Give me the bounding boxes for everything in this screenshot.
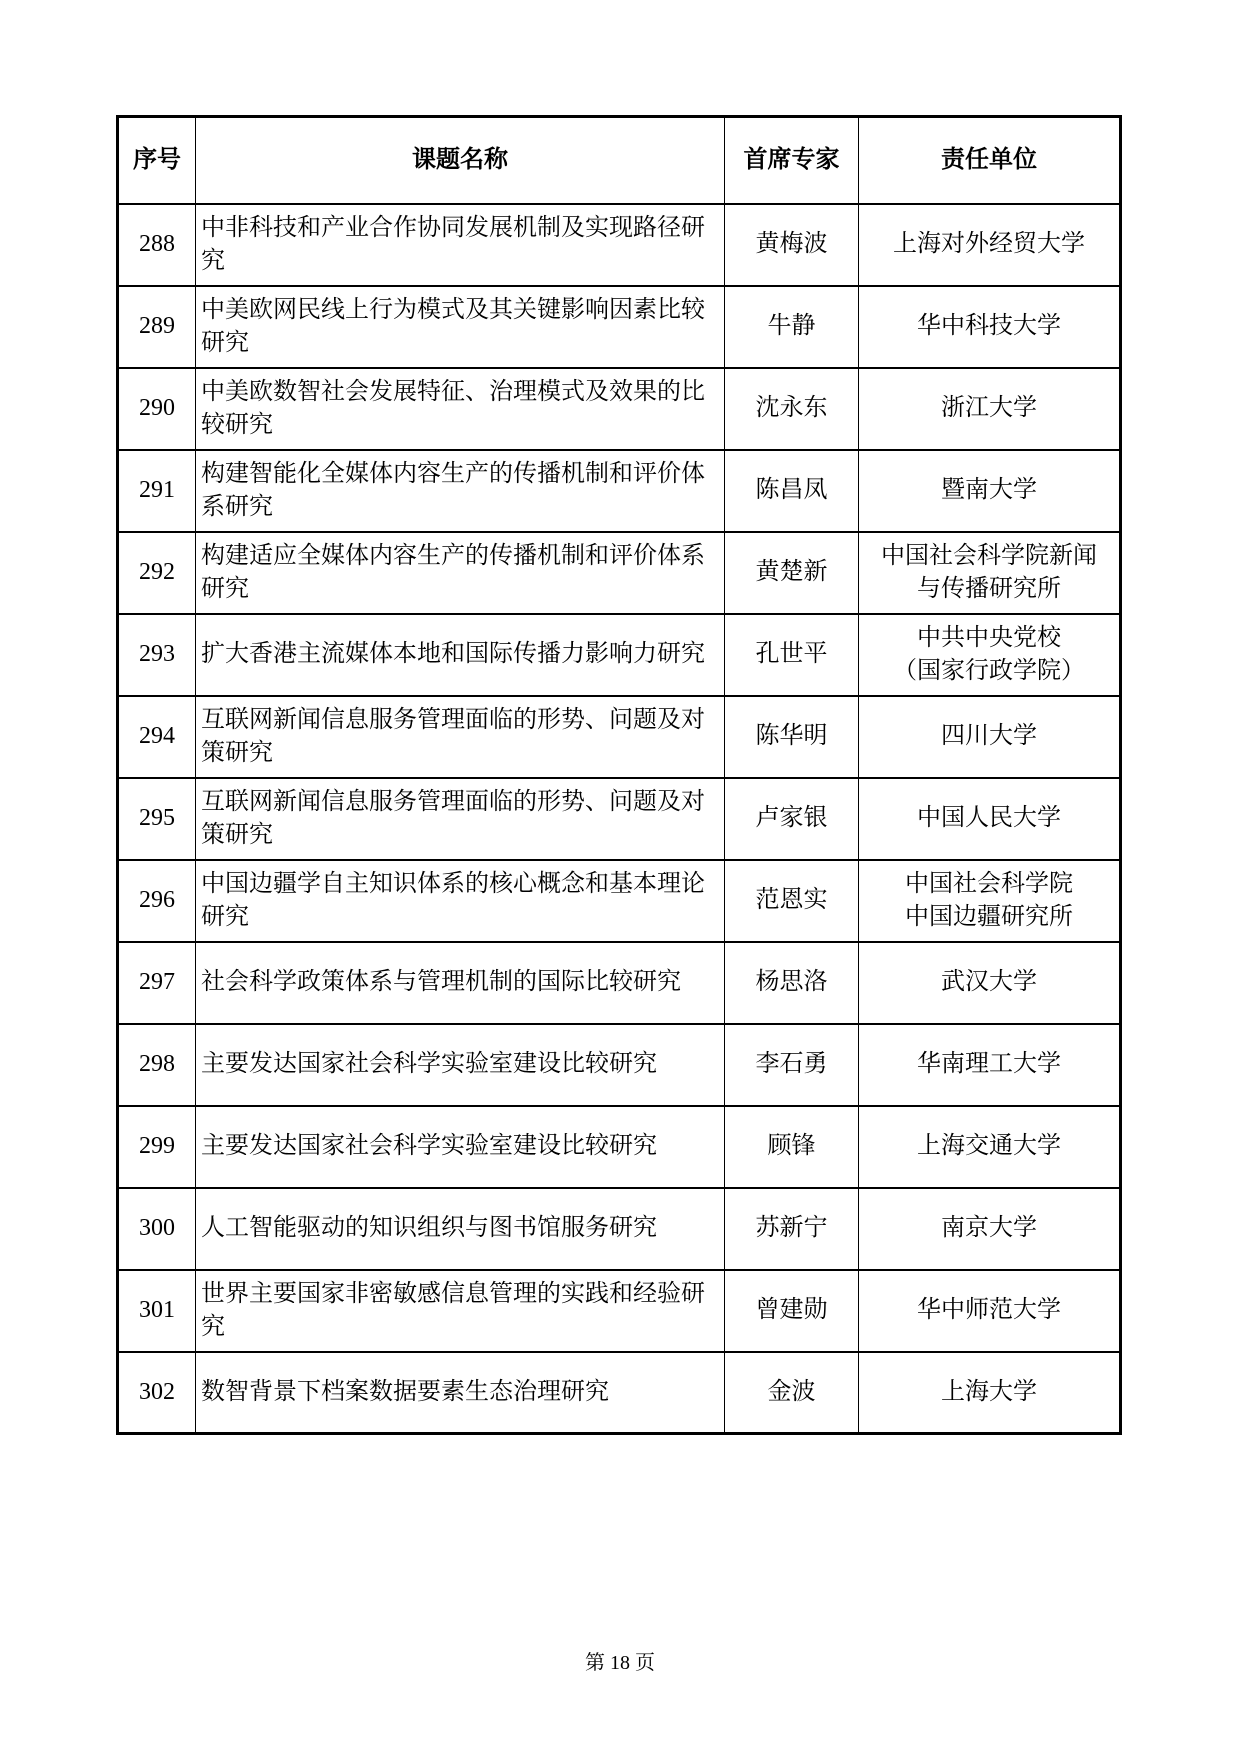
table-row: 300 人工智能驱动的知识组织与图书馆服务研究 苏新宁 南京大学 [118,1188,1121,1270]
topic-cell: 构建智能化全媒体内容生产的传播机制和评价体系研究 [196,450,725,532]
table-row: 289 中美欧网民线上行为模式及其关键影响因素比较研究 牛静 华中科技大学 [118,286,1121,368]
unit-cell: 上海大学 [859,1352,1121,1434]
serial-cell: 295 [118,778,196,860]
serial-cell: 301 [118,1270,196,1352]
expert-cell: 黄梅波 [725,204,859,286]
table-row: 294 互联网新闻信息服务管理面临的形势、问题及对策研究 陈华明 四川大学 [118,696,1121,778]
topic-cell: 主要发达国家社会科学实验室建设比较研究 [196,1106,725,1188]
expert-cell: 曾建勋 [725,1270,859,1352]
topic-cell: 扩大香港主流媒体本地和国际传播力影响力研究 [196,614,725,696]
serial-cell: 288 [118,204,196,286]
expert-cell: 牛静 [725,286,859,368]
unit-cell: 中共中央党校 （国家行政学院） [859,614,1121,696]
table-row: 295 互联网新闻信息服务管理面临的形势、问题及对策研究 卢家银 中国人民大学 [118,778,1121,860]
unit-cell: 华中师范大学 [859,1270,1121,1352]
expert-cell: 杨思洛 [725,942,859,1024]
serial-cell: 292 [118,532,196,614]
serial-cell: 290 [118,368,196,450]
unit-cell: 武汉大学 [859,942,1121,1024]
table-row: 292 构建适应全媒体内容生产的传播机制和评价体系研究 黄楚新 中国社会科学院新… [118,532,1121,614]
table-row: 296 中国边疆学自主知识体系的核心概念和基本理论研究 范恩实 中国社会科学院 … [118,860,1121,942]
topic-cell: 中国边疆学自主知识体系的核心概念和基本理论研究 [196,860,725,942]
serial-cell: 297 [118,942,196,1024]
table-header-row: 序号 课题名称 首席专家 责任单位 [118,117,1121,204]
unit-cell: 上海交通大学 [859,1106,1121,1188]
expert-cell: 李石勇 [725,1024,859,1106]
topic-cell: 主要发达国家社会科学实验室建设比较研究 [196,1024,725,1106]
unit-cell: 中国人民大学 [859,778,1121,860]
table-row: 301 世界主要国家非密敏感信息管理的实践和经验研究 曾建勋 华中师范大学 [118,1270,1121,1352]
serial-cell: 289 [118,286,196,368]
header-unit: 责任单位 [859,117,1121,204]
table-row: 293 扩大香港主流媒体本地和国际传播力影响力研究 孔世平 中共中央党校 （国家… [118,614,1121,696]
topic-cell: 人工智能驱动的知识组织与图书馆服务研究 [196,1188,725,1270]
serial-cell: 299 [118,1106,196,1188]
serial-cell: 291 [118,450,196,532]
page-number: 第 18 页 [0,1648,1240,1678]
expert-cell: 卢家银 [725,778,859,860]
serial-cell: 298 [118,1024,196,1106]
document-page: { "table": { "headers": { "no": "序号", "t… [0,0,1240,1755]
unit-cell: 浙江大学 [859,368,1121,450]
table-row: 299 主要发达国家社会科学实验室建设比较研究 顾锋 上海交通大学 [118,1106,1121,1188]
table-row: 298 主要发达国家社会科学实验室建设比较研究 李石勇 华南理工大学 [118,1024,1121,1106]
expert-cell: 陈华明 [725,696,859,778]
topic-cell: 互联网新闻信息服务管理面临的形势、问题及对策研究 [196,696,725,778]
table-row: 288 中非科技和产业合作协同发展机制及实现路径研究 黄梅波 上海对外经贸大学 [118,204,1121,286]
unit-cell: 南京大学 [859,1188,1121,1270]
serial-cell: 296 [118,860,196,942]
unit-cell: 中国社会科学院新闻 与传播研究所 [859,532,1121,614]
topic-cell: 社会科学政策体系与管理机制的国际比较研究 [196,942,725,1024]
table-row: 290 中美欧数智社会发展特征、治理模式及效果的比较研究 沈永东 浙江大学 [118,368,1121,450]
projects-table: 序号 课题名称 首席专家 责任单位 288 中非科技和产业合作协同发展机制及实现… [116,115,1122,1435]
unit-cell: 四川大学 [859,696,1121,778]
unit-cell: 中国社会科学院 中国边疆研究所 [859,860,1121,942]
serial-cell: 293 [118,614,196,696]
expert-cell: 顾锋 [725,1106,859,1188]
topic-cell: 世界主要国家非密敏感信息管理的实践和经验研究 [196,1270,725,1352]
expert-cell: 陈昌凤 [725,450,859,532]
table-row: 302 数智背景下档案数据要素生态治理研究 金波 上海大学 [118,1352,1121,1434]
table-row: 297 社会科学政策体系与管理机制的国际比较研究 杨思洛 武汉大学 [118,942,1121,1024]
topic-cell: 互联网新闻信息服务管理面临的形势、问题及对策研究 [196,778,725,860]
serial-cell: 294 [118,696,196,778]
header-topic: 课题名称 [196,117,725,204]
expert-cell: 金波 [725,1352,859,1434]
header-serial: 序号 [118,117,196,204]
unit-cell: 华中科技大学 [859,286,1121,368]
topic-cell: 中美欧网民线上行为模式及其关键影响因素比较研究 [196,286,725,368]
header-expert: 首席专家 [725,117,859,204]
topic-cell: 数智背景下档案数据要素生态治理研究 [196,1352,725,1434]
unit-cell: 上海对外经贸大学 [859,204,1121,286]
expert-cell: 苏新宁 [725,1188,859,1270]
unit-cell: 暨南大学 [859,450,1121,532]
unit-cell: 华南理工大学 [859,1024,1121,1106]
expert-cell: 范恩实 [725,860,859,942]
expert-cell: 沈永东 [725,368,859,450]
table-row: 291 构建智能化全媒体内容生产的传播机制和评价体系研究 陈昌凤 暨南大学 [118,450,1121,532]
expert-cell: 孔世平 [725,614,859,696]
topic-cell: 构建适应全媒体内容生产的传播机制和评价体系研究 [196,532,725,614]
expert-cell: 黄楚新 [725,532,859,614]
topic-cell: 中非科技和产业合作协同发展机制及实现路径研究 [196,204,725,286]
serial-cell: 300 [118,1188,196,1270]
serial-cell: 302 [118,1352,196,1434]
topic-cell: 中美欧数智社会发展特征、治理模式及效果的比较研究 [196,368,725,450]
